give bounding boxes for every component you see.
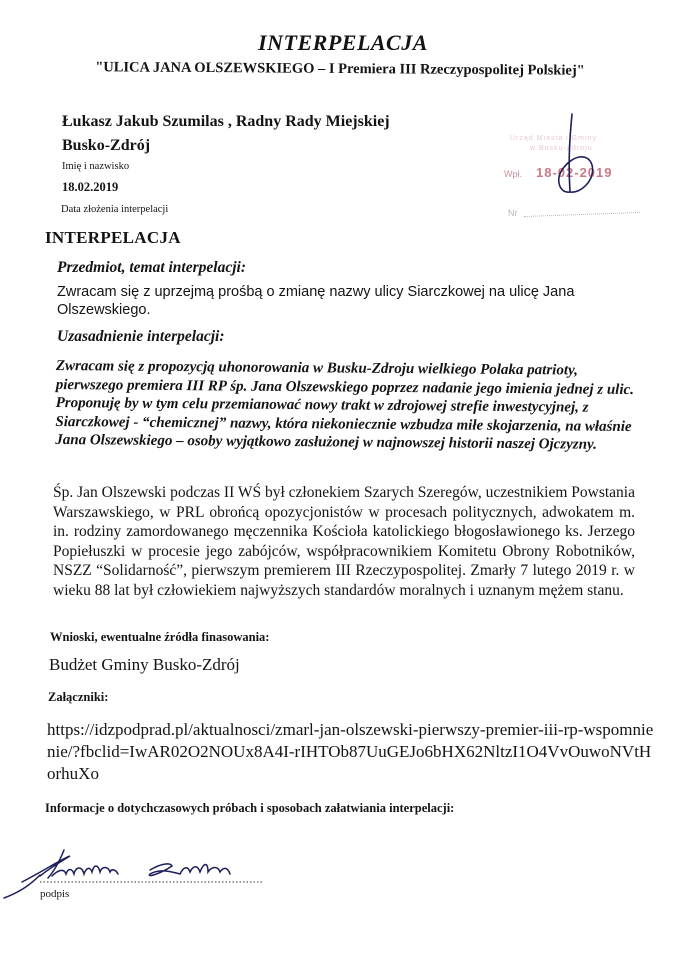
name-label: Imię i nazwisko xyxy=(62,161,129,172)
section-heading: INTERPELACJA xyxy=(45,228,181,248)
info-heading: Informacje o dotychczasowych próbach i s… xyxy=(45,801,454,816)
subject-text: Zwracam się z uprzejmą prośbą o zmianę n… xyxy=(57,283,617,319)
funding-value: Budżet Gminy Busko-Zdrój xyxy=(49,655,240,675)
attachment-link[interactable]: https://idzpodprad.pl/aktualnosci/zmarl-… xyxy=(47,719,657,785)
funding-heading: Wnioski, ewentualne źródła finasowania: xyxy=(50,630,269,645)
subject-heading: Przedmiot, temat interpelacji: xyxy=(57,259,246,277)
stamp-number-label: Nr xyxy=(508,208,518,218)
author-city: Busko-Zdrój xyxy=(62,137,150,155)
justification-heading: Uzasadnienie interpelacji: xyxy=(57,328,224,346)
attachments-heading: Załączniki: xyxy=(48,690,108,705)
document-subtitle: "ULICA JANA OLSZEWSKIEGO – I Premiera II… xyxy=(40,59,640,80)
justification-text: Zwracam się z propozycją uhonorowania w … xyxy=(55,357,636,455)
biography-text: Śp. Jan Olszewski podczas II WŚ był czło… xyxy=(53,483,635,600)
stamp-number-line xyxy=(524,212,640,217)
date-label: Data złożenia interpelacji xyxy=(61,204,168,215)
document-title: INTERPELACJA xyxy=(0,30,686,56)
author-name: Łukasz Jakub Szumilas , Radny Rady Miejs… xyxy=(62,113,390,131)
signature-label: podpis xyxy=(40,888,69,900)
submission-date: 18.02.2019 xyxy=(62,180,118,195)
handwritten-mark-icon xyxy=(500,110,610,200)
